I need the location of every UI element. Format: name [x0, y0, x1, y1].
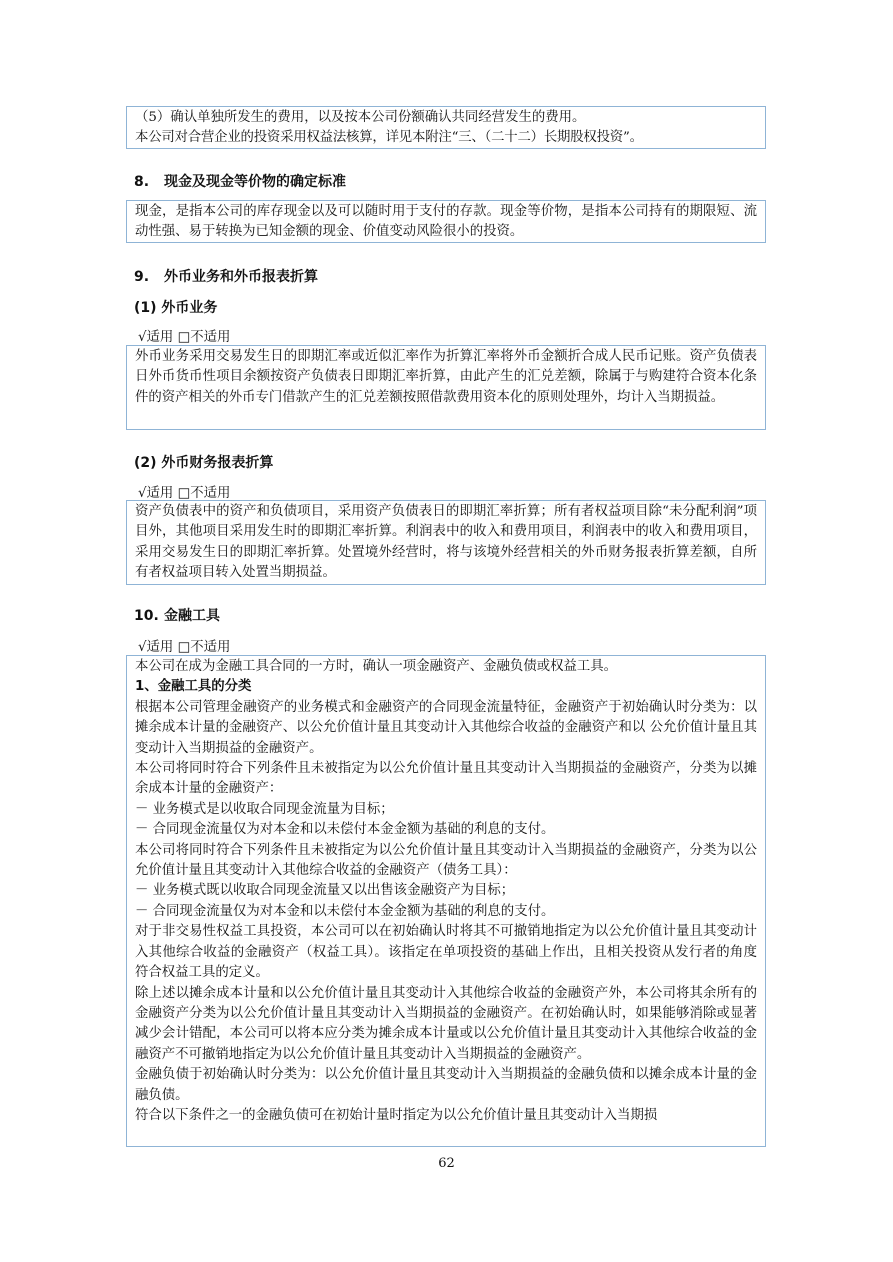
- list-item: － 合同现金流量仅为对本金和以未偿付本金金额为基础的利息的支付。: [135, 820, 757, 840]
- text-box-fx-statements: 资产负债表中的资产和负债项目，采用资产负债表日的即期汇率折算；所有者权益项目除“…: [126, 500, 766, 585]
- subsection-heading-fx-statements: (2) 外币财务报表折算: [134, 452, 273, 472]
- paragraph: （5）确认单独所发生的费用，以及按本公司份额确认共同经营发生的费用。: [135, 108, 757, 128]
- applicable-checkbox-line: √适用 □不适用: [138, 326, 230, 345]
- section-heading-9: 9.外币业务和外币报表折算: [134, 266, 318, 286]
- paragraph: 金融负债于初始确认时分类为：以公允价值计量且其变动计入当期损益的金融负债和以摊余…: [135, 1065, 757, 1106]
- list-item: － 业务模式既以收取合同现金流量又以出售该金融资产为目标；: [135, 881, 757, 901]
- paragraph: 根据本公司管理金融资产的业务模式和金融资产的合同现金流量特征，金融资产于初始确认…: [135, 698, 757, 759]
- subheading-classification: 1、金融工具的分类: [135, 677, 757, 697]
- paragraph: 本公司将同时符合下列条件且未被指定为以公允价值计量且其变动计入当期损益的金融资产…: [135, 759, 757, 800]
- paragraph: 除上述以摊余成本计量和以公允价值计量且其变动计入其他综合收益的金融资产外，本公司…: [135, 984, 757, 1066]
- text-box-financial-instruments: 本公司在成为金融工具合同的一方时，确认一项金融资产、金融负债或权益工具。 1、金…: [126, 655, 766, 1147]
- paragraph: 外币业务采用交易发生日的即期汇率或近似汇率作为折算汇率将外币金额折合成人民币记账…: [135, 347, 757, 408]
- subsection-heading-foreign-currency: (1) 外币业务: [134, 297, 217, 317]
- text-box-foreign-currency: 外币业务采用交易发生日的即期汇率或近似汇率作为折算汇率将外币金额折合成人民币记账…: [126, 345, 766, 430]
- section-heading-8: 8.现金及现金等价物的确定标准: [134, 171, 346, 191]
- paragraph: 本公司对合营企业的投资采用权益法核算，详见本附注“三、（二十二）长期股权投资”。: [135, 128, 757, 148]
- section-heading-10: 10.金融工具: [134, 605, 220, 625]
- paragraph: 符合以下条件之一的金融负债可在初始计量时指定为以公允价值计量且其变动计入当期损: [135, 1106, 757, 1126]
- paragraph: 现金，是指本公司的库存现金以及可以随时用于支付的存款。现金等价物，是指本公司持有…: [135, 202, 757, 243]
- paragraph: 本公司在成为金融工具合同的一方时，确认一项金融资产、金融负债或权益工具。: [135, 657, 757, 677]
- text-box-cash-equivalents: 现金，是指本公司的库存现金以及可以随时用于支付的存款。现金等价物，是指本公司持有…: [126, 200, 766, 243]
- text-box-joint-operations: （5）确认单独所发生的费用，以及按本公司份额确认共同经营发生的费用。 本公司对合…: [126, 106, 766, 149]
- document-page: （5）确认单独所发生的费用，以及按本公司份额确认共同经营发生的费用。 本公司对合…: [0, 0, 893, 1262]
- applicable-checkbox-line: √适用 □不适用: [138, 636, 230, 655]
- list-item: － 合同现金流量仅为对本金和以未偿付本金金额为基础的利息的支付。: [135, 902, 757, 922]
- page-number: 62: [0, 1156, 893, 1171]
- applicable-checkbox-line: √适用 □不适用: [138, 482, 230, 501]
- list-item: － 业务模式是以收取合同现金流量为目标；: [135, 800, 757, 820]
- paragraph: 对于非交易性权益工具投资，本公司可以在初始确认时将其不可撤销地指定为以公允价值计…: [135, 922, 757, 983]
- paragraph: 本公司将同时符合下列条件且未被指定为以公允价值计量且其变动计入当期损益的金融资产…: [135, 841, 757, 882]
- paragraph: 资产负债表中的资产和负债项目，采用资产负债表日的即期汇率折算；所有者权益项目除“…: [135, 502, 757, 584]
